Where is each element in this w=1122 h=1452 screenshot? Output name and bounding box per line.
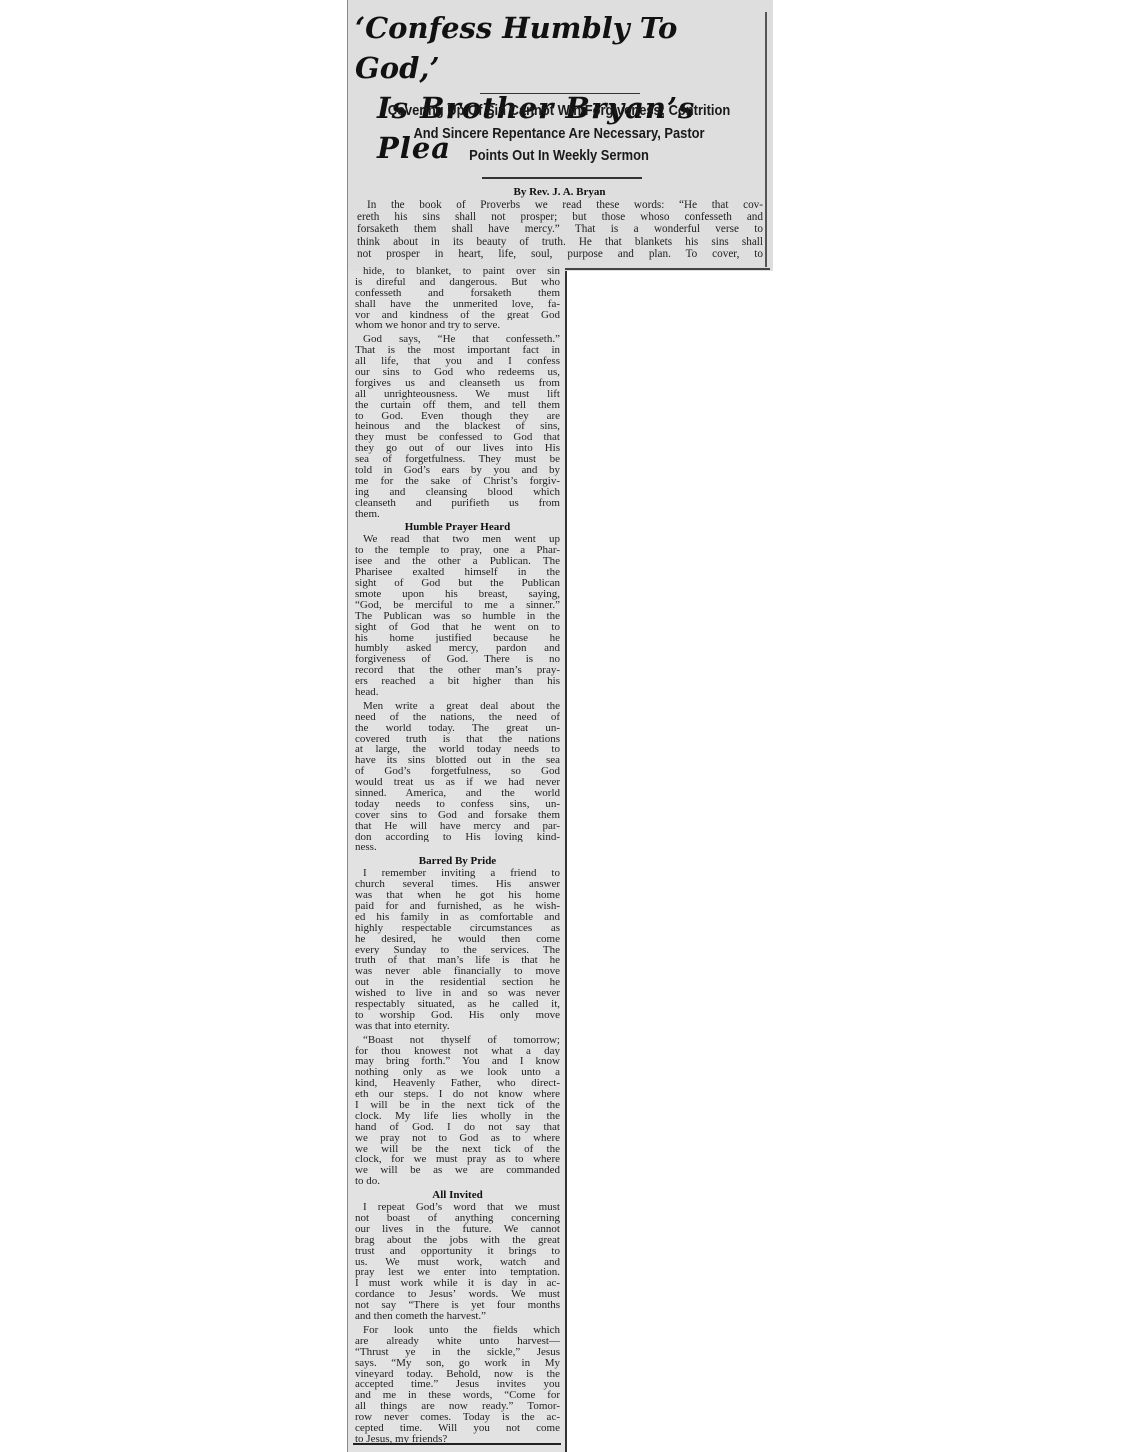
body-line: shall have the unmerited love, fa- [355, 299, 560, 310]
body-line: our lives in the future. We cannot [355, 1224, 560, 1235]
body-line: is direful and dangerous. But who [355, 277, 560, 288]
body-line: The Publican was so humble in the [355, 611, 560, 622]
body-line: accepted time.” Jesus invites you [355, 1379, 560, 1390]
body-line: cleanseth and purifieth us from [355, 498, 560, 509]
body-line: forgives us and cleanseth us from [355, 378, 560, 389]
byline-divider [482, 177, 642, 179]
body-line: may bring forth.” You and I know [355, 1056, 560, 1067]
deck-line: Points Out In Weekly Sermon [382, 145, 736, 168]
body-line: wished to live in and so was never [355, 988, 560, 999]
body-line: clock. My life lies wholly in the [355, 1111, 560, 1122]
body-line: Pharisee exalted himself in the [355, 567, 560, 578]
body-line: me for the sake of Christ’s forgiv- [355, 476, 560, 487]
body-line: all things are now ready.” Tomor- [355, 1401, 560, 1412]
body-line: sea of forgetfulness. They must be [355, 454, 560, 465]
body-line: sight of God but the Publican [355, 578, 560, 589]
body-line: told in God’s ears by you and by [355, 465, 560, 476]
body-line: was that when he got his home [355, 890, 560, 901]
body-line: highly respectable circumstances as [355, 923, 560, 934]
body-line: not say “There is yet four months [355, 1300, 560, 1311]
body-line: sinned. America, and the world [355, 788, 560, 799]
body-line: and me in these words, “Come for [355, 1390, 560, 1401]
body-line: was never able financially to move [355, 966, 560, 977]
body-line: clock, for we must pray as to where [355, 1154, 560, 1165]
column-rule [565, 268, 770, 270]
body-line: at large, the world today needs to [355, 744, 560, 755]
lead-line: not prosper in heart, life, soul, purpos… [357, 248, 763, 260]
column-rule [765, 12, 767, 267]
body-line: are already white unto harvest— [355, 1336, 560, 1347]
body-line: vineyard today. Behold, now is the [355, 1369, 560, 1380]
body-line: the world today. The great un- [355, 723, 560, 734]
lead-line: ereth his sins shall not prosper; but th… [357, 211, 763, 223]
body-line: to God. Even though they are [355, 411, 560, 422]
body-line: every Sunday to the services. The [355, 945, 560, 956]
body-line: to do. [355, 1176, 560, 1187]
body-line: that He will have mercy and par- [355, 821, 560, 832]
body-line: out in the residential section he [355, 977, 560, 988]
body-line: isee and the other a Publican. The [355, 556, 560, 567]
body-line: heinous and the blackest of sins, [355, 421, 560, 432]
body-line: record that the other man’s pray- [355, 665, 560, 676]
body-line: we will be as we are commanded [355, 1165, 560, 1176]
body-line: That is the most important fact in [355, 345, 560, 356]
body-line: and then cometh the harvest.” [355, 1311, 560, 1322]
headline-line-1: ‘Confess Humbly To God,’ [353, 8, 765, 88]
body-line: would treat us as if we had never [355, 777, 560, 788]
body-line: don according to His loving kind- [355, 832, 560, 843]
body-line: ing and cleansing blood which [355, 487, 560, 498]
body-line: hide, to blanket, to paint over sin [355, 266, 560, 277]
lead-paragraph: In the book of Proverbs we read these wo… [357, 199, 763, 260]
body-line: all life, that you and I confess [355, 356, 560, 367]
deck-line: And Sincere Repentance Are Necessary, Pa… [382, 123, 736, 146]
lead-line: forsaketh them shall have mercy.” That i… [357, 223, 763, 235]
body-line: row never comes. Today is the ac- [355, 1412, 560, 1423]
column-rule [565, 271, 567, 1452]
body-line: he desired, he would then come [355, 934, 560, 945]
body-line: was that into eternity. [355, 1021, 560, 1032]
body-line: I will be in the next tick of the [355, 1100, 560, 1111]
body-line: for thou knowest not what a day [355, 1046, 560, 1057]
body-line: truth of that man’s life is that he [355, 955, 560, 966]
body-line: of God’s forgetfulness, so God [355, 766, 560, 777]
body-line: sight of God that he went on to [355, 622, 560, 633]
body-line: pray lest we enter into temptation. [355, 1267, 560, 1278]
body-line: head. [355, 687, 560, 698]
body-line: cepted time. Will you not come [355, 1423, 560, 1434]
body-line: they must be confessed to God that [355, 432, 560, 443]
body-line: not boast of anything concerning [355, 1213, 560, 1224]
body-line: covered truth is that the nations [355, 734, 560, 745]
article-body-column: hide, to blanket, to paint over sinis di… [355, 266, 560, 1445]
body-line: them. [355, 509, 560, 520]
newspaper-clipping: ‘Confess Humbly To God,’ Is Brother Brya… [347, 0, 772, 1452]
byline: By Rev. J. A. Bryan [347, 186, 772, 198]
body-line: ed his family in as comfortable and [355, 912, 560, 923]
body-line: have its sins blotted out in the sea [355, 755, 560, 766]
section-subhead: Humble Prayer Heard [355, 520, 560, 534]
body-line: nothing only as we look unto a [355, 1067, 560, 1078]
section-subhead: All Invited [355, 1188, 560, 1202]
body-line: to the temple to pray, one a Phar- [355, 545, 560, 556]
body-line: the curtain off them, and tell them [355, 400, 560, 411]
body-line: “Thrust ye in the sickle,” Jesus [355, 1347, 560, 1358]
body-line: today needs to confess sins, un- [355, 799, 560, 810]
body-line: I must work while it is day in ac- [355, 1278, 560, 1289]
body-line: we will be the next tick of the [355, 1144, 560, 1155]
body-line: us. We must work, watch and [355, 1257, 560, 1268]
body-line: we pray not to God as to where [355, 1133, 560, 1144]
body-line: our sins to God who redeems us, [355, 367, 560, 378]
body-line: church several times. His answer [355, 879, 560, 890]
body-line: Men write a great deal about the [355, 701, 560, 712]
body-line: “God, be merciful to me a sinner.” [355, 600, 560, 611]
body-line: ness. [355, 842, 560, 853]
body-line: his home justified because he [355, 633, 560, 644]
body-line: For look unto the fields which [355, 1325, 560, 1336]
body-line: humbly asked mercy, pardon and [355, 643, 560, 654]
body-line: cordance to Jesus’ words. We must [355, 1289, 560, 1300]
body-line: says. “My son, go work in My [355, 1358, 560, 1369]
body-line: whom we honor and try to serve. [355, 320, 560, 331]
body-line: forgiveness of God. There is no [355, 654, 560, 665]
body-line: vor and kindness of the great God [355, 310, 560, 321]
body-line: trust and opportunity it brings to [355, 1246, 560, 1257]
body-line: paid for and furnished, as he wish- [355, 901, 560, 912]
body-line: confesseth and forsaketh them [355, 288, 560, 299]
body-line: God says, “He that confesseth.” [355, 334, 560, 345]
end-of-article-rule [353, 1443, 561, 1445]
body-line: need of the nations, the need of [355, 712, 560, 723]
lead-line: think about in its beauty of truth. He t… [357, 236, 763, 248]
body-line: all unrighteousness. We must lift [355, 389, 560, 400]
body-line: they go out of our lives into His [355, 443, 560, 454]
body-line: kind, Heavenly Father, who direct- [355, 1078, 560, 1089]
deck-line: Covering Up Of Sin Cannot Win Forgivenes… [382, 100, 736, 123]
section-subhead: Barred By Pride [355, 854, 560, 868]
body-line: hand of God. I do not say that [355, 1122, 560, 1133]
body-line: eth our steps. I do not know where [355, 1089, 560, 1100]
body-line: “Boast not thyself of tomorrow; [355, 1035, 560, 1046]
body-line: I repeat God’s word that we must [355, 1202, 560, 1213]
lead-line: In the book of Proverbs we read these wo… [357, 199, 763, 211]
body-line: brag about the jobs with the great [355, 1235, 560, 1246]
subheadline-deck: Covering Up Of Sin Cannot Win Forgivenes… [382, 100, 736, 168]
body-line: ers reached a bit higher than his [355, 676, 560, 687]
body-line: to worship God. His only move [355, 1010, 560, 1021]
body-line: smote upon his breast, saying, [355, 589, 560, 600]
headline-divider [480, 93, 640, 94]
body-line: I remember inviting a friend to [355, 868, 560, 879]
body-line: respectably situated, as he called it, [355, 999, 560, 1010]
body-line: cover sins to God and forsake them [355, 810, 560, 821]
body-line: We read that two men went up [355, 534, 560, 545]
